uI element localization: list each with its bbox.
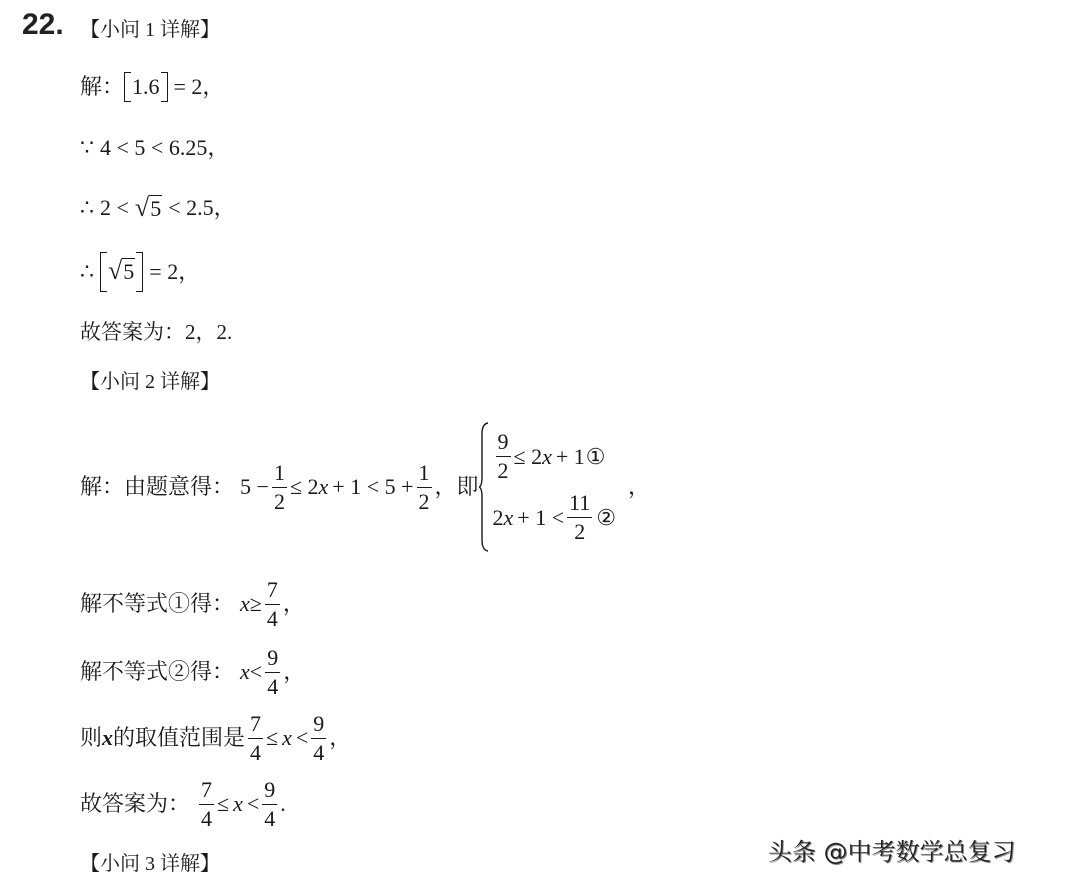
denominator: 2	[574, 518, 585, 543]
because-symbol: ∵	[80, 134, 94, 162]
part3-heading: 【小问 3 详解】	[80, 850, 220, 878]
part2-line4: 则 x 的取值范围是 7 4 ≤ x < 9 4 ，	[80, 710, 351, 766]
relation: ≤	[266, 724, 278, 752]
denominator: 2	[274, 488, 285, 513]
numerator: 9	[311, 713, 326, 739]
numerator: 11	[567, 492, 592, 518]
expr-part: 5 −	[240, 473, 269, 501]
relation: <	[296, 724, 308, 752]
part1-heading: 【小问 1 详解】	[80, 16, 220, 44]
solution-prefix: 解：	[80, 73, 124, 101]
fraction: 9 4	[265, 647, 280, 698]
variable-x: x	[504, 504, 514, 532]
variable-x: x	[240, 658, 250, 686]
variable-x: x	[240, 590, 250, 618]
radicand: 5	[149, 195, 162, 222]
numerator: 7	[248, 713, 263, 739]
text: 则	[80, 724, 102, 752]
left-brace-icon	[479, 422, 489, 552]
variable-x: x	[102, 724, 113, 752]
floor-bracket: √ 5	[100, 252, 143, 292]
fraction: 1 2	[272, 462, 287, 513]
inequality-right: < 2.5，	[168, 194, 235, 222]
part2-heading: 【小问 2 详解】	[80, 368, 220, 396]
part1-answer: 故答案为：2，2.	[80, 318, 232, 346]
comma: ，	[283, 658, 305, 686]
sqrt-expression: √ 5	[108, 257, 135, 285]
numerator: 7	[265, 579, 280, 605]
fraction: 7 4	[265, 579, 280, 630]
denominator: 4	[250, 739, 261, 764]
part2-answer: 故答案为： 7 4 ≤ x < 9 4 .	[80, 776, 286, 832]
numerator: 9	[496, 431, 511, 457]
equals-value: = 2，	[174, 73, 225, 101]
connector-text: ，即	[435, 473, 479, 501]
denominator: 4	[313, 739, 324, 764]
solution-prefix: 解不等式①得：	[80, 590, 234, 618]
relation: ≥	[250, 590, 262, 618]
denominator: 4	[267, 673, 278, 698]
denominator: 4	[201, 805, 212, 830]
expr-part: + 1 < 5 +	[332, 473, 413, 501]
relation: <	[247, 790, 259, 818]
circled-two-icon: ②	[596, 504, 616, 532]
denominator: 4	[267, 605, 278, 630]
variable-x: x	[542, 443, 552, 471]
denominator: 2	[498, 457, 509, 482]
comma: ，	[628, 473, 650, 501]
fraction: 9 4	[311, 713, 326, 764]
part1-line1: 解： 1.6 = 2，	[80, 72, 224, 102]
period: .	[280, 790, 286, 818]
part2-line3: 解不等式②得： x < 9 4 ，	[80, 644, 305, 700]
expr-part: + 1	[556, 443, 585, 471]
expr-part: ≤ 2	[290, 473, 319, 501]
solution-prefix: 解不等式②得：	[80, 658, 234, 686]
part1-line3: ∴ 2 < √ 5 < 2.5，	[80, 194, 236, 222]
inequality-system: 9 2 ≤ 2 x + 1 ① 2 x + 1 < 11 2 ②	[479, 422, 617, 552]
variable-x: x	[282, 724, 292, 752]
sqrt-expression: √ 5	[135, 194, 162, 222]
therefore-symbol: ∴	[80, 258, 94, 286]
question-number: 22.	[22, 8, 64, 42]
comma: ，	[329, 724, 351, 752]
fraction: 1 2	[417, 462, 432, 513]
therefore-symbol: ∴	[80, 194, 94, 222]
part1-line4: ∴ √ 5 = 2，	[80, 252, 200, 292]
answer-prefix: 故答案为：	[80, 790, 190, 818]
radical-icon: √	[135, 194, 149, 222]
expr-part: + 1 <	[517, 504, 564, 532]
text: 的取值范围是	[113, 724, 245, 752]
comma: ，	[283, 590, 305, 618]
numerator: 1	[417, 462, 432, 488]
numerator: 9	[262, 779, 277, 805]
inequality-text: 4 < 5 < 6.25，	[100, 134, 229, 162]
numerator: 7	[199, 779, 214, 805]
solution-prefix: 解：由题意得：	[80, 473, 234, 501]
denominator: 4	[264, 805, 275, 830]
system-row-2: 2 x + 1 < 11 2 ②	[493, 492, 617, 543]
variable-x: x	[319, 473, 329, 501]
expr-part: 2	[493, 504, 504, 532]
fraction: 7 4	[248, 713, 263, 764]
fraction: 9 4	[262, 779, 277, 830]
radicand: 5	[122, 258, 135, 285]
equals-value: = 2，	[149, 258, 200, 286]
numerator: 1	[272, 462, 287, 488]
fraction: 11 2	[567, 492, 592, 543]
part2-line2: 解不等式①得： x ≥ 7 4 ，	[80, 576, 305, 632]
bracket-value: 1.6	[132, 74, 160, 99]
circled-one-icon: ①	[586, 443, 606, 471]
expr-part: ≤ 2	[514, 443, 543, 471]
watermark: 头条 @中考数学总复习	[768, 832, 1016, 867]
fraction: 7 4	[199, 779, 214, 830]
fraction: 9 2	[496, 431, 511, 482]
denominator: 2	[419, 488, 430, 513]
relation: ≤	[217, 790, 229, 818]
part1-line2: ∵ 4 < 5 < 6.25，	[80, 134, 229, 162]
numerator: 9	[265, 647, 280, 673]
part2-line1: 解：由题意得： 5 − 1 2 ≤ 2 x + 1 < 5 + 1 2 ，即 9…	[80, 420, 650, 554]
radical-icon: √	[108, 257, 122, 285]
variable-x: x	[233, 790, 243, 818]
floor-bracket: 1.6	[124, 72, 168, 102]
inequality-left: 2 <	[100, 194, 129, 222]
relation: <	[250, 658, 262, 686]
system-row-1: 9 2 ≤ 2 x + 1 ①	[493, 431, 617, 482]
